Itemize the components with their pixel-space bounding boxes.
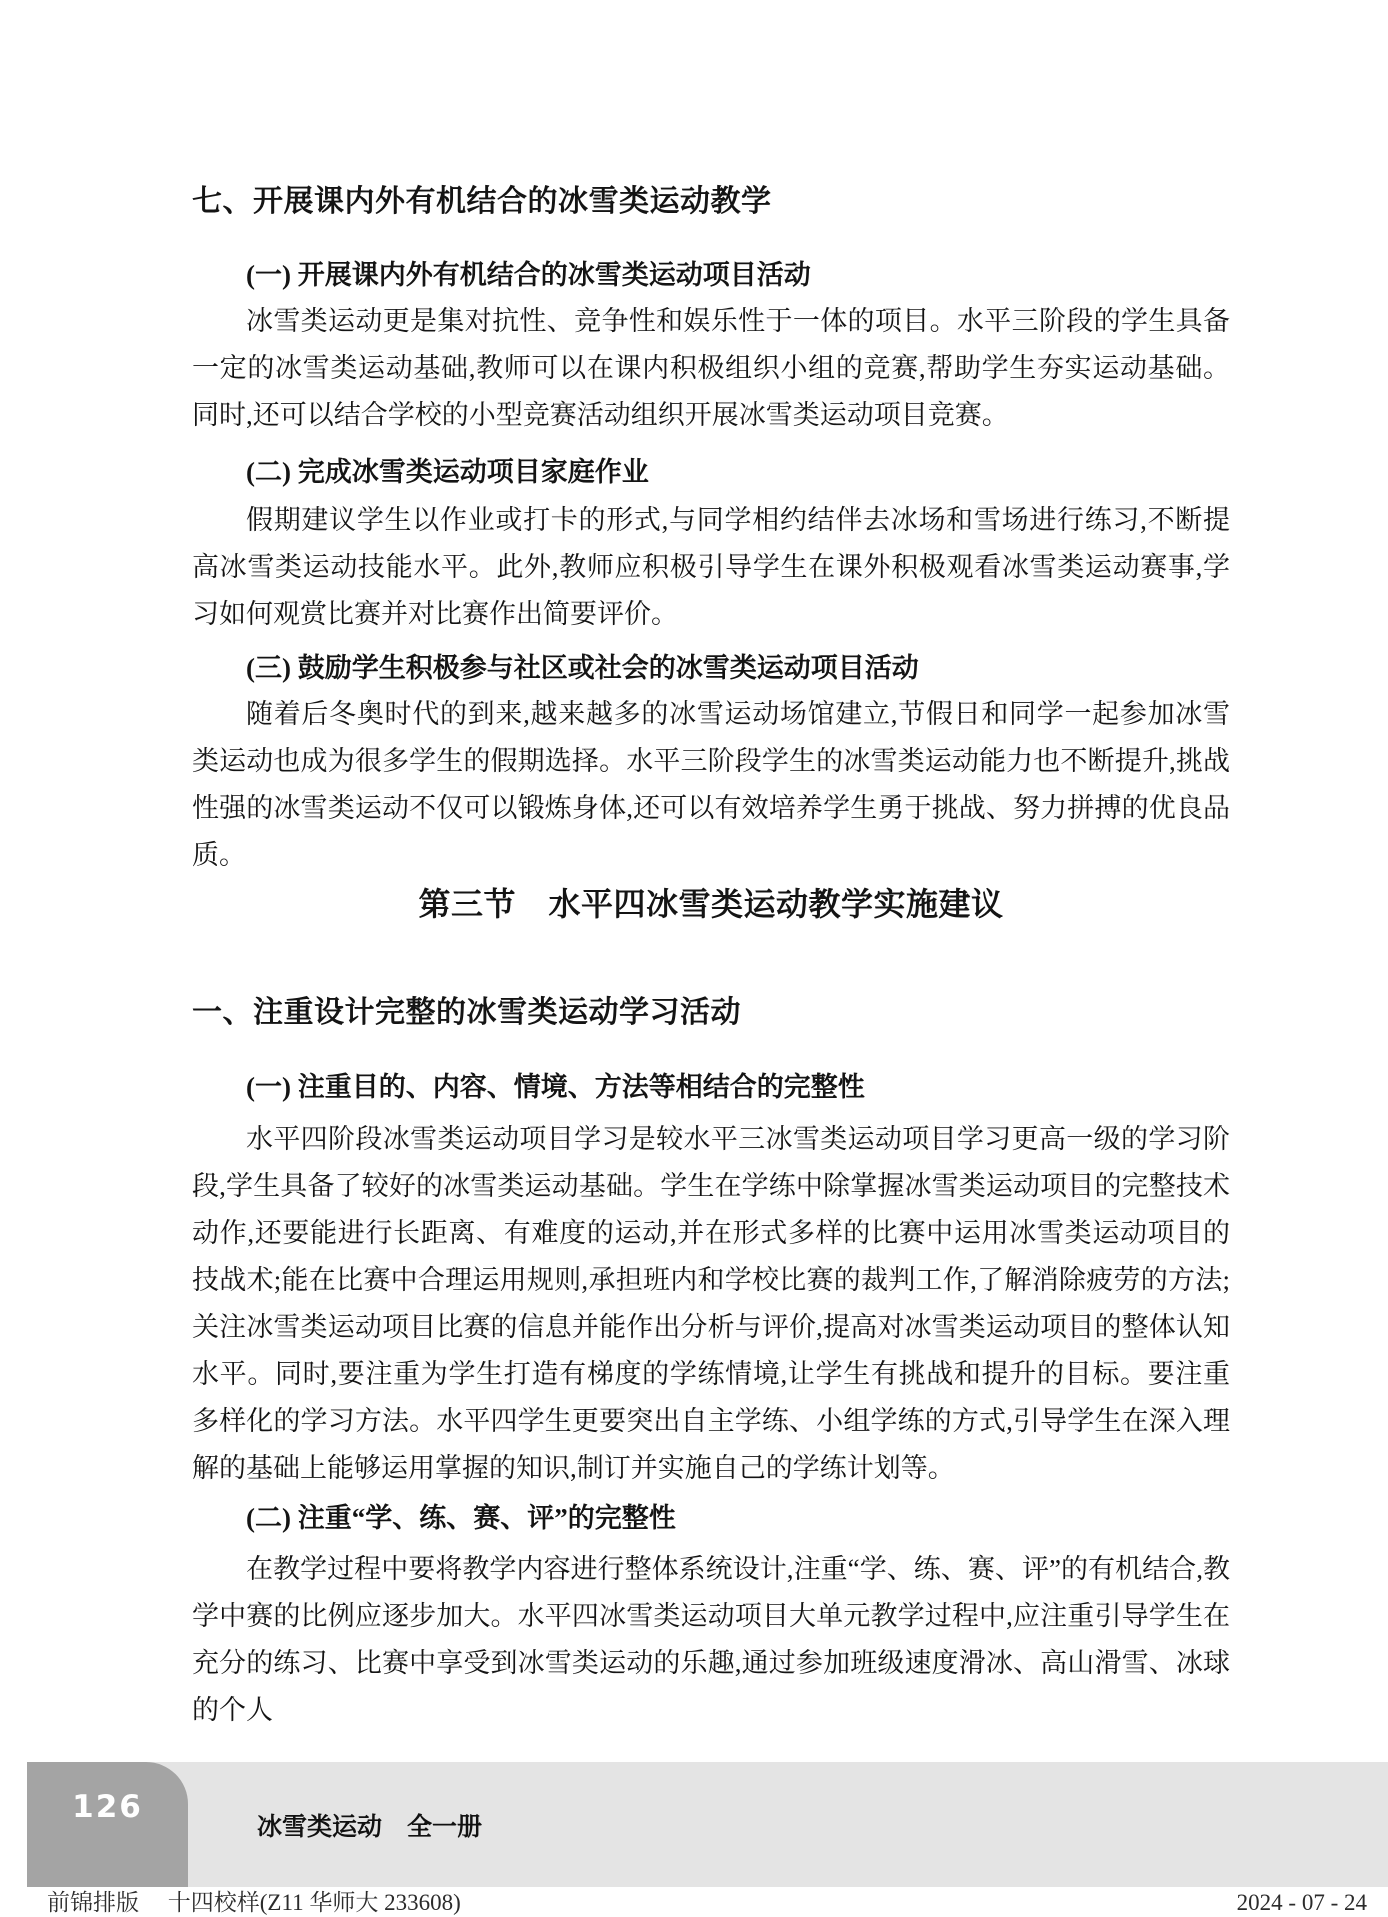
proof-date: 2024 - 07 - 24 [1237,1889,1367,1916]
footer-band: 126 冰雪类运动 全一册 [27,1762,1388,1887]
subheading-part7-item3: (三) 鼓励学生积极参与社区或社会的冰雪类运动项目活动 [192,645,1230,692]
paragraph-part7-item2: 假期建议学生以作业或打卡的形式,与同学相约结伴去冰场和雪场进行练习,不断提高冰雪… [192,497,1230,638]
proof-imprint-line: 前锦排版 十四校样(Z11 华师大 233608) [47,1889,461,1916]
heading-section3-one: 一、注重设计完整的冰雪类运动学习活动 [192,989,1230,1036]
paragraph-part7-item1: 冰雪类运动更是集对抗性、竞争性和娱乐性于一体的项目。水平三阶段的学生具备一定的冰… [192,298,1230,439]
text-column: 七、开展课内外有机结合的冰雪类运动教学 (一) 开展课内外有机结合的冰雪类运动项… [192,0,1230,1760]
book-page: 七、开展课内外有机结合的冰雪类运动教学 (一) 开展课内外有机结合的冰雪类运动项… [0,0,1388,1917]
subheading-section3-item2: (二) 注重“学、练、赛、评”的完整性 [192,1495,1230,1542]
paragraph-part7-item3: 随着后冬奥时代的到来,越来越多的冰雪运动场馆建立,节假日和同学一起参加冰雪类运动… [192,691,1230,879]
subheading-part7-item2: (二) 完成冰雪类运动项目家庭作业 [192,449,1230,496]
section-three-title: 第三节 水平四冰雪类运动教学实施建议 [192,881,1230,928]
page-number-box: 126 [27,1762,188,1887]
page-number: 126 [72,1792,143,1823]
subheading-section3-item1: (一) 注重目的、内容、情境、方法等相结合的完整性 [192,1064,1230,1111]
subheading-part7-item1: (一) 开展课内外有机结合的冰雪类运动项目活动 [192,252,1230,299]
heading-part-seven: 七、开展课内外有机结合的冰雪类运动教学 [192,178,1230,225]
paragraph-section3-item1: 水平四阶段冰雪类运动项目学习是较水平三冰雪类运动项目学习更高一级的学习阶段,学生… [192,1116,1230,1492]
paragraph-section3-item2: 在教学过程中要将教学内容进行整体系统设计,注重“学、练、赛、评”的有机结合,教学… [192,1546,1230,1734]
running-book-title: 冰雪类运动 全一册 [257,1762,482,1887]
